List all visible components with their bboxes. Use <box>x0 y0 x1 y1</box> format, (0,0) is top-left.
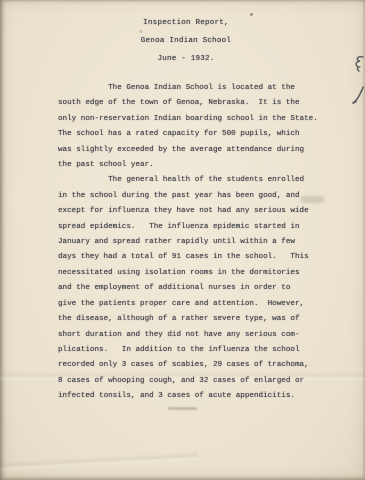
ink-scribble-icon <box>351 55 365 73</box>
document-text-block: Inspection Report, Genoa Indian School J… <box>58 14 314 405</box>
ink-stroke-icon <box>351 85 365 105</box>
scanned-report-page: Inspection Report, Genoa Indian School J… <box>0 0 365 480</box>
paper-speck <box>250 13 253 16</box>
paper-crease-diagonal <box>0 451 198 474</box>
ink-smudge <box>301 196 324 203</box>
faint-dash-mark <box>168 407 197 410</box>
paragraph-health-report: The general health of the students enrol… <box>58 173 314 404</box>
paragraph-school-description: The Genoa Indian School is located at th… <box>58 81 314 173</box>
report-title: Inspection Report, Genoa Indian School J… <box>58 14 314 68</box>
paper-speck <box>139 30 143 33</box>
